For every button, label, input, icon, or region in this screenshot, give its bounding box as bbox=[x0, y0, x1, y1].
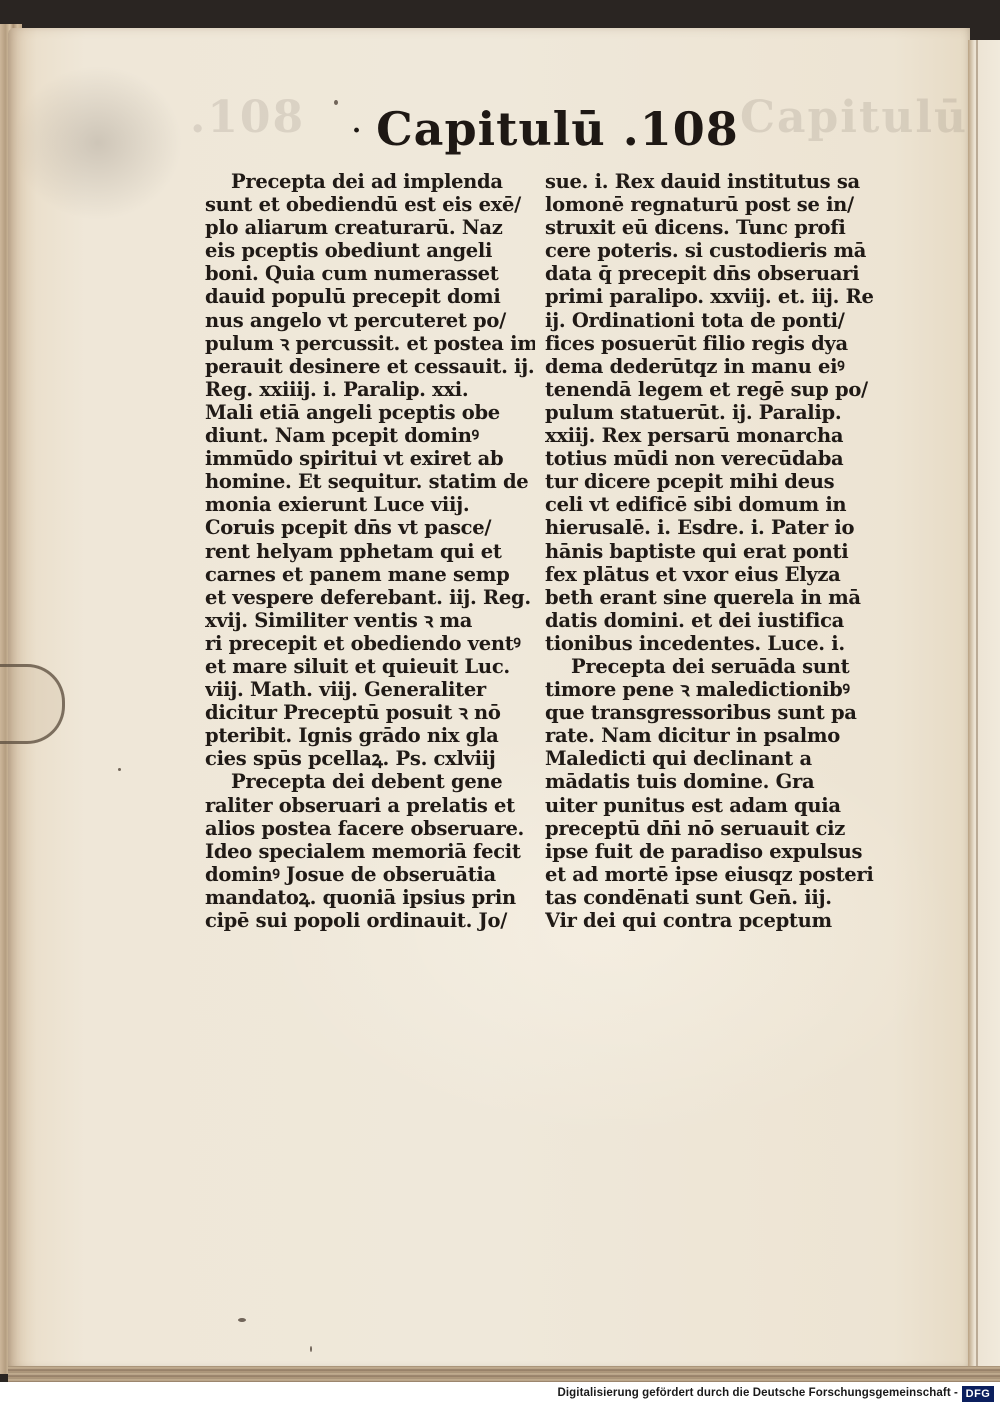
text-line: data q̄ precepit dn̄s obseruari bbox=[545, 262, 875, 285]
text-line: datis domini. et dei iustifica bbox=[545, 609, 875, 632]
page-right-edge bbox=[968, 40, 1000, 1376]
chapter-number: .108 bbox=[623, 102, 739, 156]
text-line: raliter obseruari a prelatis et bbox=[205, 794, 535, 817]
text-line: et mare siluit et quieuit Luc. bbox=[205, 655, 535, 678]
text-line: Precepta dei ad implenda bbox=[205, 170, 535, 193]
text-column-left: Precepta dei ad implendasunt et obediend… bbox=[205, 170, 535, 932]
text-line: ipse fuit de paradiso expulsus bbox=[545, 840, 875, 863]
text-line: Vir dei qui contra pceptum bbox=[545, 909, 875, 932]
text-line: Precepta dei debent gene bbox=[205, 770, 535, 793]
text-line: hierusalē. i. Esdre. i. Pater io bbox=[545, 516, 875, 539]
text-line: Reg. xxiiij. i. Paralip. xxi. bbox=[205, 378, 535, 401]
text-line: boni. Quia cum numerasset bbox=[205, 262, 535, 285]
text-line: nus angelo vt percuteret po/ bbox=[205, 309, 535, 332]
text-line: timore pene ꝛ maledictionibꝰ bbox=[545, 678, 875, 701]
heading-mark: · bbox=[352, 116, 362, 146]
text-line: tas condēnati sunt Gen̄. iij. bbox=[545, 886, 875, 909]
text-line: hānis baptiste qui erat ponti bbox=[545, 540, 875, 563]
text-line: Coruis pcepit dn̄s vt pasce/ bbox=[205, 516, 535, 539]
text-line: pulum statuerūt. ij. Paralip. bbox=[545, 401, 875, 424]
text-line: tionibus incedentes. Luce. i. bbox=[545, 632, 875, 655]
text-line: monia exierunt Luce viij. bbox=[205, 493, 535, 516]
text-line: sue. i. Rex dauid institutus sa bbox=[545, 170, 875, 193]
text-line: struxit eū dicens. Tunc profi bbox=[545, 216, 875, 239]
paper-speck bbox=[118, 768, 121, 771]
text-line: diunt. Nam pcepit dominꝰ bbox=[205, 424, 535, 447]
heading-label: Capitulū bbox=[376, 102, 606, 156]
text-line: dominꝰ Josue de obseruātia bbox=[205, 863, 535, 886]
dfg-logo: DFG bbox=[962, 1386, 994, 1402]
text-line: que transgressoribus sunt pa bbox=[545, 701, 875, 724]
page-scan: .108 Capitulū ·Capitulū .108 Precepta de… bbox=[0, 0, 1000, 1382]
text-line: Maledicti qui declinant a bbox=[545, 747, 875, 770]
chapter-heading: ·Capitulū .108 bbox=[352, 102, 682, 172]
text-line: Precepta dei seruāda sunt bbox=[545, 655, 875, 678]
text-line: mandatoꝝ. quoniā ipsius prin bbox=[205, 886, 535, 909]
text-line: ri precepit et obediendo ventꝰ bbox=[205, 632, 535, 655]
footer-bar: Digitalisierung gefördert durch die Deut… bbox=[0, 1382, 1000, 1406]
paper-speck bbox=[238, 1318, 246, 1322]
text-line: Ideo specialem memoriā fecit bbox=[205, 840, 535, 863]
text-line: totius mūdi non verecūdaba bbox=[545, 447, 875, 470]
text-line: pteribit. Ignis grādo nix gla bbox=[205, 724, 535, 747]
text-line: et vespere deferebant. iij. Reg. bbox=[205, 586, 535, 609]
text-line: dema dederūtqz in manu eiꝰ bbox=[545, 355, 875, 378]
text-line: viij. Math. viij. Generaliter bbox=[205, 678, 535, 701]
text-line: et ad mortē ipse eiusqz posteri bbox=[545, 863, 875, 886]
text-line: cipē sui popoli ordinauit. Jo/ bbox=[205, 909, 535, 932]
text-line: primi paralipo. xxviij. et. iij. Re. bbox=[545, 285, 875, 308]
text-line: beth erant sine querela in mā bbox=[545, 586, 875, 609]
text-line: tenendā legem et regē sup po/ bbox=[545, 378, 875, 401]
text-line: dauid populū precepit domi bbox=[205, 285, 535, 308]
text-line: fices posuerūt filio regis dya bbox=[545, 332, 875, 355]
text-line: mādatis tuis domine. Gra bbox=[545, 770, 875, 793]
bleed-through-text-right: Capitulū bbox=[740, 92, 968, 143]
funding-credit: Digitalisierung gefördert durch die Deut… bbox=[557, 1387, 958, 1399]
text-line: immūdo spiritui vt exiret ab bbox=[205, 447, 535, 470]
text-line: Mali etiā angeli pceptis obe bbox=[205, 401, 535, 424]
text-line: preceptū dn̄i nō seruauit ciz bbox=[545, 817, 875, 840]
text-line: homine. Et sequitur. statim de bbox=[205, 470, 535, 493]
paper-speck bbox=[310, 1346, 312, 1352]
text-line: plo aliarum creaturarū. Naz bbox=[205, 216, 535, 239]
text-line: dicitur Preceptū posuit ꝛ nō bbox=[205, 701, 535, 724]
text-line: rate. Nam dicitur in psalmo bbox=[545, 724, 875, 747]
text-line: eis pceptis obediunt angeli bbox=[205, 239, 535, 262]
book-bottom-edge bbox=[8, 1366, 1000, 1382]
text-line: ij. Ordinationi tota de ponti/ bbox=[545, 309, 875, 332]
text-line: lomonē regnaturū post se in/ bbox=[545, 193, 875, 216]
text-column-right: sue. i. Rex dauid institutus salomonē re… bbox=[545, 170, 875, 932]
text-line: carnes et panem mane semp bbox=[205, 563, 535, 586]
text-line: sunt et obediendū est eis exē/ bbox=[205, 193, 535, 216]
text-line: celi vt edificē sibi domum in bbox=[545, 493, 875, 516]
text-line: pulum ꝛ percussit. et postea im bbox=[205, 332, 535, 355]
paper-speck bbox=[334, 100, 338, 105]
text-line: alios postea facere obseruare. bbox=[205, 817, 535, 840]
text-line: uiter punitus est adam quia bbox=[545, 794, 875, 817]
text-line: perauit desinere et cessauit. ij. bbox=[205, 355, 535, 378]
bleed-through-text-left: .108 bbox=[190, 92, 305, 143]
text-line: cies spūs pcellaꝝ. Ps. cxlviij bbox=[205, 747, 535, 770]
text-line: cere poteris. si custodieris mā bbox=[545, 239, 875, 262]
text-line: fex plātus et vxor eius Elyza bbox=[545, 563, 875, 586]
text-line: rent helyam pphetam qui et bbox=[205, 540, 535, 563]
text-line: xxiij. Rex persarū monarcha bbox=[545, 424, 875, 447]
text-line: tur dicere pcepit mihi deus bbox=[545, 470, 875, 493]
text-line: xvij. Similiter ventis ꝛ ma bbox=[205, 609, 535, 632]
